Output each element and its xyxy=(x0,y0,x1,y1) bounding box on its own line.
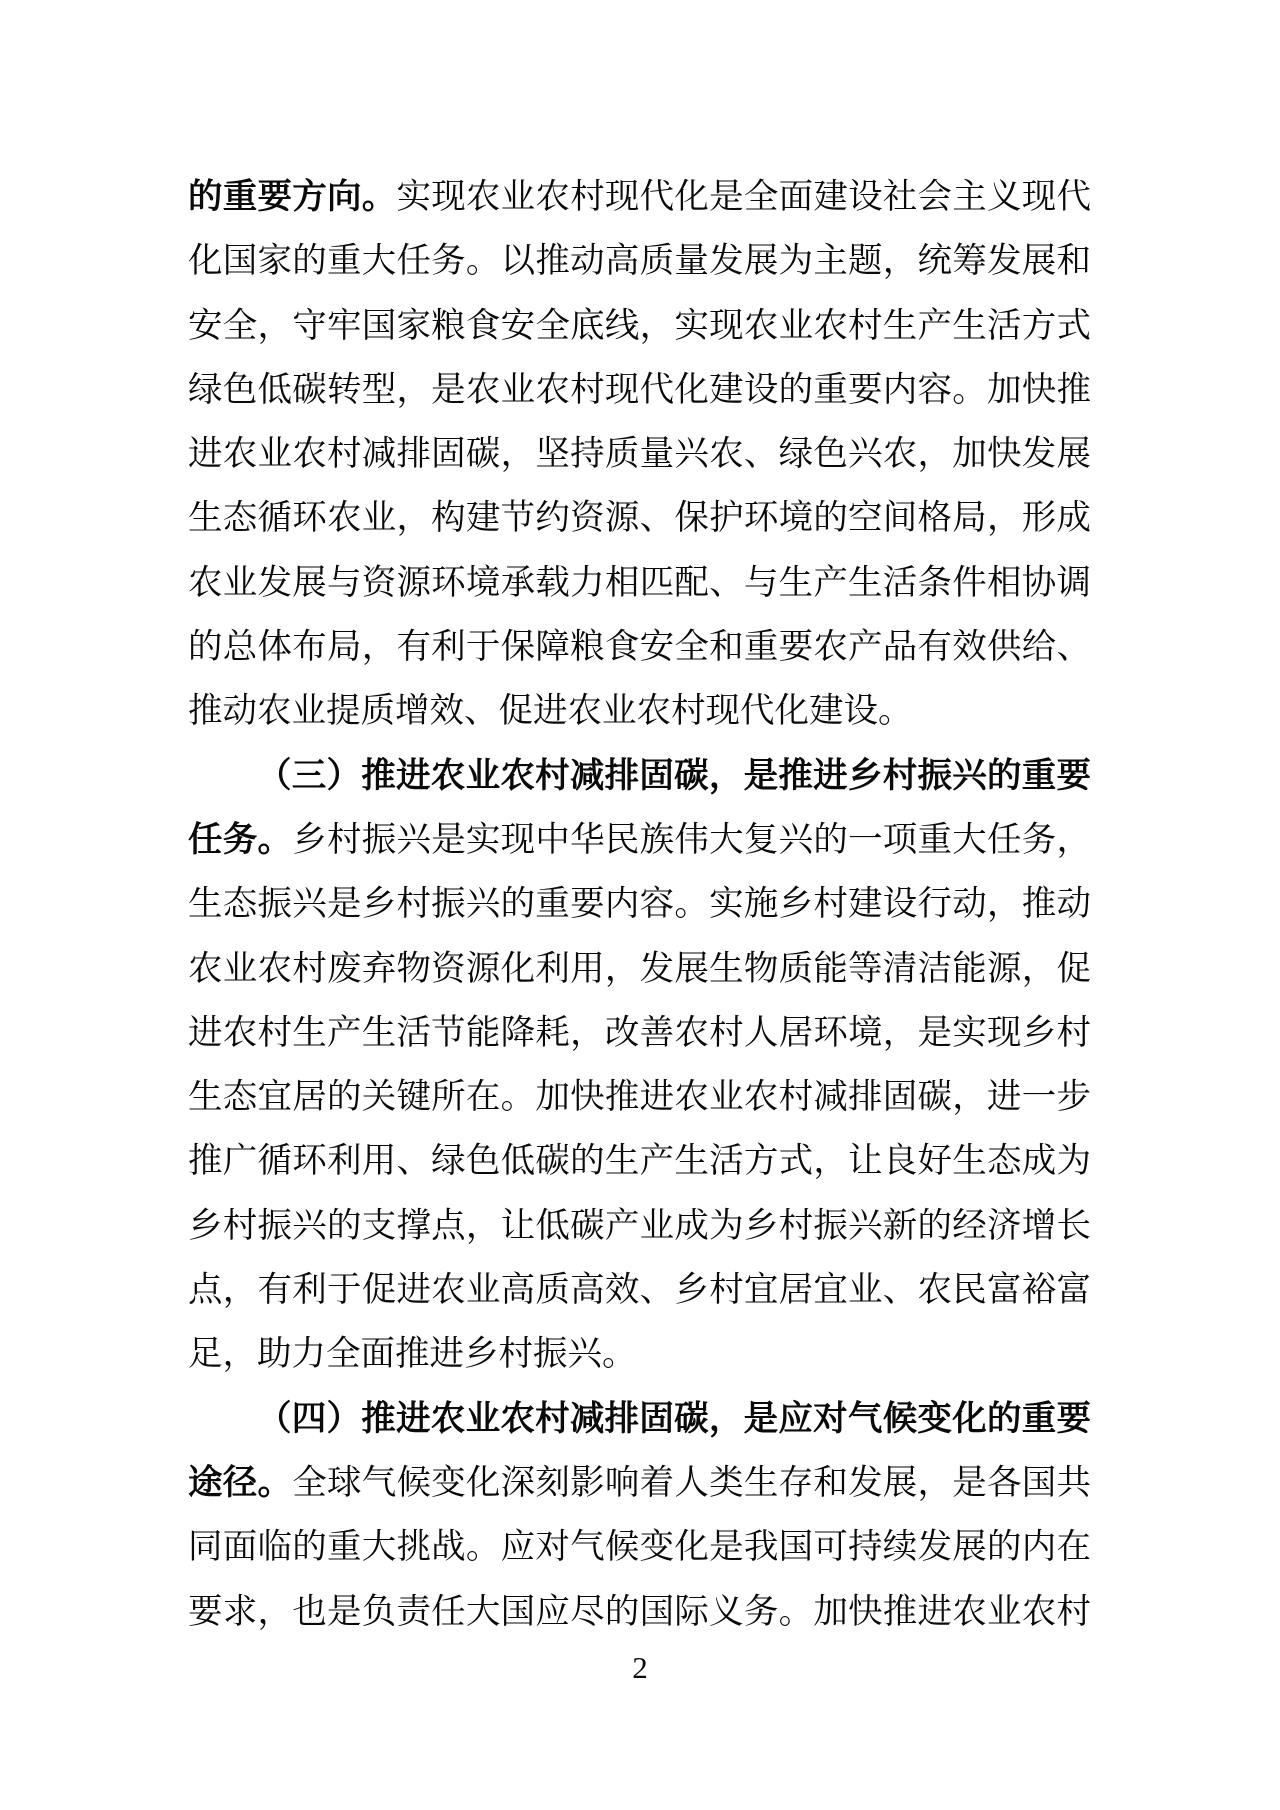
body-text-run: 进农业农村减排固碳，坚持质量兴农、绿色兴农，加快发展 xyxy=(188,435,1091,473)
text-line: 进农村生产生活节能降耗，改善农村人居环境，是实现乡村 xyxy=(188,1001,1091,1065)
text-line: （三）推进农业农村减排固碳，是推进乡村振兴的重要 xyxy=(188,744,1091,808)
text-line: 化国家的重大任务。以推动高质量发展为主题，统筹发展和 xyxy=(188,229,1091,293)
body-text-run: 实现农业农村现代化是全面建设社会主义现代 xyxy=(396,178,1091,216)
text-line: 推动农业提质增效、促进农业农村现代化建设。 xyxy=(188,679,1091,743)
body-text-run: 点，有利于促进农业高质高效、乡村宜居宜业、农民富裕富 xyxy=(188,1271,1091,1309)
body-text-run: 乡村振兴的支撑点，让低碳产业成为乡村振兴新的经济增长 xyxy=(188,1207,1091,1245)
text-line: 任务。乡村振兴是实现中华民族伟大复兴的一项重大任务， xyxy=(188,808,1091,872)
text-line: 安全，守牢国家粮食安全底线，实现农业农村生产生活方式 xyxy=(188,294,1091,358)
body-text-run: 要求，也是负责任大国应尽的国际义务。加快推进农业农村 xyxy=(188,1593,1091,1631)
heading-bold-run: （四）推进农业农村减排固碳，是应对气候变化的重要 xyxy=(257,1400,1091,1438)
body-text-run: 同面临的重大挑战。应对气候变化是我国可持续发展的内在 xyxy=(188,1528,1091,1566)
heading-bold-run: 任务。 xyxy=(188,821,292,859)
text-line: 点，有利于促进农业高质高效、乡村宜居宜业、农民富裕富 xyxy=(188,1258,1091,1322)
text-line: 推广循环利用、绿色低碳的生产生活方式，让良好生态成为 xyxy=(188,1129,1091,1193)
body-text-run: 的总体布局，有利于保障粮食安全和重要农产品有效供给、 xyxy=(188,628,1091,666)
body-text-run: 推广循环利用、绿色低碳的生产生活方式，让良好生态成为 xyxy=(188,1142,1091,1180)
text-line: 进农业农村减排固碳，坚持质量兴农、绿色兴农，加快发展 xyxy=(188,422,1091,486)
body-text-run: 推动农业提质增效、促进农业农村现代化建设。 xyxy=(188,692,913,730)
body-text-run: 安全，守牢国家粮食安全底线，实现农业农村生产生活方式 xyxy=(188,307,1091,345)
text-line: 的总体布局，有利于保障粮食安全和重要农产品有效供给、 xyxy=(188,615,1091,679)
page-number: 2 xyxy=(0,1643,1280,1693)
paragraph: （三）推进农业农村减排固碳，是推进乡村振兴的重要任务。乡村振兴是实现中华民族伟大… xyxy=(188,744,1091,1387)
paragraph: （四）推进农业农村减排固碳，是应对气候变化的重要途径。全球气候变化深刻影响着人类… xyxy=(188,1387,1091,1644)
body-text-run: 进农村生产生活节能降耗，改善农村人居环境，是实现乡村 xyxy=(188,1014,1091,1052)
text-line: 足，助力全面推进乡村振兴。 xyxy=(188,1322,1091,1386)
text-line: 的重要方向。实现农业农村现代化是全面建设社会主义现代 xyxy=(188,165,1091,229)
heading-bold-run: 途径。 xyxy=(188,1464,292,1502)
body-text-run: 全球气候变化深刻影响着人类生存和发展，是各国共 xyxy=(292,1464,1091,1502)
text-line: 要求，也是负责任大国应尽的国际义务。加快推进农业农村 xyxy=(188,1580,1091,1644)
document-body: 的重要方向。实现农业农村现代化是全面建设社会主义现代化国家的重大任务。以推动高质… xyxy=(188,165,1091,1644)
body-text-run: 化国家的重大任务。以推动高质量发展为主题，统筹发展和 xyxy=(188,242,1091,280)
text-line: 生态循环农业，构建节约资源、保护环境的空间格局，形成 xyxy=(188,486,1091,550)
body-text-run: 生态宜居的关键所在。加快推进农业农村减排固碳，进一步 xyxy=(188,1078,1091,1116)
heading-bold-run: （三）推进农业农村减排固碳，是推进乡村振兴的重要 xyxy=(257,757,1091,795)
paragraph: 的重要方向。实现农业农村现代化是全面建设社会主义现代化国家的重大任务。以推动高质… xyxy=(188,165,1091,744)
text-line: 农业农村废弃物资源化利用，发展生物质能等清洁能源，促 xyxy=(188,937,1091,1001)
body-text-run: 生态循环农业，构建节约资源、保护环境的空间格局，形成 xyxy=(188,499,1091,537)
text-line: 同面临的重大挑战。应对气候变化是我国可持续发展的内在 xyxy=(188,1515,1091,1579)
body-text-run: 农业农村废弃物资源化利用，发展生物质能等清洁能源，促 xyxy=(188,950,1091,988)
text-line: 生态宜居的关键所在。加快推进农业农村减排固碳，进一步 xyxy=(188,1065,1091,1129)
body-text-run: 乡村振兴是实现中华民族伟大复兴的一项重大任务， xyxy=(292,821,1091,859)
heading-bold-run: 的重要方向。 xyxy=(188,178,396,216)
body-text-run: 生态振兴是乡村振兴的重要内容。实施乡村建设行动，推动 xyxy=(188,885,1091,923)
text-line: 生态振兴是乡村振兴的重要内容。实施乡村建设行动，推动 xyxy=(188,872,1091,936)
text-line: 农业发展与资源环境承载力相匹配、与生产生活条件相协调 xyxy=(188,551,1091,615)
text-line: 途径。全球气候变化深刻影响着人类生存和发展，是各国共 xyxy=(188,1451,1091,1515)
text-line: （四）推进农业农村减排固碳，是应对气候变化的重要 xyxy=(188,1387,1091,1451)
text-line: 绿色低碳转型，是农业农村现代化建设的重要内容。加快推 xyxy=(188,358,1091,422)
body-text-run: 足，助力全面推进乡村振兴。 xyxy=(188,1335,637,1373)
body-text-run: 农业发展与资源环境承载力相匹配、与生产生活条件相协调 xyxy=(188,564,1091,602)
text-line: 乡村振兴的支撑点，让低碳产业成为乡村振兴新的经济增长 xyxy=(188,1194,1091,1258)
body-text-run: 绿色低碳转型，是农业农村现代化建设的重要内容。加快推 xyxy=(188,371,1091,409)
